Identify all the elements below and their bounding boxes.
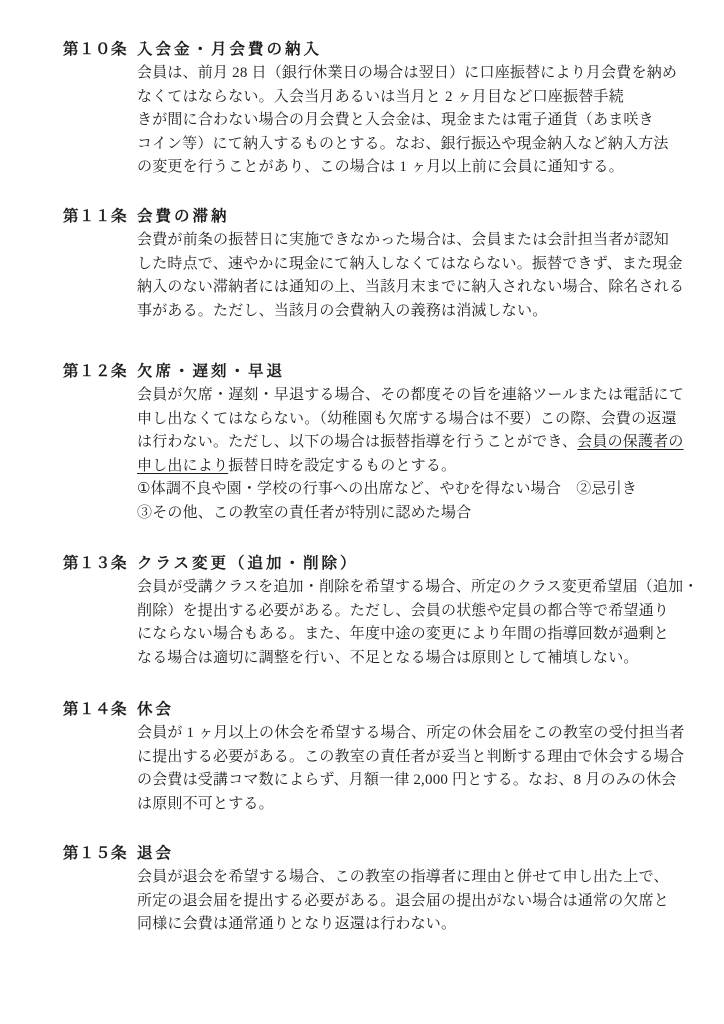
article-10: 第１０条 入会金・月会費の納入 会員は、前月 28 日（銀行休業日の場合は翌日）… bbox=[63, 38, 708, 180]
body-text: 会員が退会を希望する場合、この教室の指導者に理由と併せて申し出た上で、 所定の退… bbox=[137, 869, 669, 932]
article-number: 第１４条 bbox=[63, 698, 137, 722]
article-body: 会員は、前月 28 日（銀行休業日の場合は翌日）に口座振替により月会費を納め な… bbox=[137, 62, 702, 180]
article-title: 欠席・遅刻・早退 bbox=[137, 360, 285, 384]
article-13: 第１３条 クラス変更（追加・削除） 会員が受講クラスを追加・削除を希望する場合、… bbox=[63, 552, 708, 670]
article-number: 第１３条 bbox=[63, 552, 137, 576]
article-heading: 第１４条 休会 bbox=[63, 698, 708, 722]
article-title: 会費の滞納 bbox=[137, 205, 230, 229]
body-text: 会員が受講クラスを追加・削除を希望する場合、所定のクラス変更希望届（追加・ 削除… bbox=[137, 579, 699, 666]
article-body: 会員が 1 ヶ月以上の休会を希望する場合、所定の休会届をこの教室の受付担当者 に… bbox=[137, 722, 702, 816]
article-number: 第１２条 bbox=[63, 360, 137, 384]
article-heading: 第１３条 クラス変更（追加・削除） bbox=[63, 552, 708, 576]
article-body: 会員が受講クラスを追加・削除を希望する場合、所定のクラス変更希望届（追加・ 削除… bbox=[137, 576, 702, 670]
article-title: 休会 bbox=[137, 698, 174, 722]
article-heading: 第１５条 退会 bbox=[63, 842, 708, 866]
article-11: 第１１条 会費の滞納 会費が前条の振替日に実施できなかった場合は、会員または会計… bbox=[63, 205, 708, 323]
document-page: 第１０条 入会金・月会費の納入 会員は、前月 28 日（銀行休業日の場合は翌日）… bbox=[0, 0, 724, 1024]
article-body: 会員が退会を希望する場合、この教室の指導者に理由と併せて申し出た上で、 所定の退… bbox=[137, 866, 702, 937]
article-14: 第１４条 休会 会員が 1 ヶ月以上の休会を希望する場合、所定の休会届をこの教室… bbox=[63, 698, 708, 816]
article-number: 第１０条 bbox=[63, 38, 137, 62]
body-text: 会員が 1 ヶ月以上の休会を希望する場合、所定の休会届をこの教室の受付担当者 に… bbox=[137, 725, 685, 812]
article-body: 会費が前条の振替日に実施できなかった場合は、会員または会計担当者が認知 した時点… bbox=[137, 229, 702, 323]
article-15: 第１５条 退会 会員が退会を希望する場合、この教室の指導者に理由と併せて申し出た… bbox=[63, 842, 708, 937]
article-body: 会員が欠席・遅刻・早退する場合、その都度その旨を連絡ツールまたは電話にて 申し出… bbox=[137, 384, 702, 525]
article-heading: 第１０条 入会金・月会費の納入 bbox=[63, 38, 708, 62]
article-title: クラス変更（追加・削除） bbox=[137, 552, 359, 576]
body-text: 会費が前条の振替日に実施できなかった場合は、会員または会計担当者が認知 した時点… bbox=[137, 232, 684, 319]
article-number: 第１５条 bbox=[63, 842, 137, 866]
article-heading: 第１１条 会費の滞納 bbox=[63, 205, 708, 229]
article-title: 退会 bbox=[137, 842, 174, 866]
article-title: 入会金・月会費の納入 bbox=[137, 38, 322, 62]
article-12: 第１２条 欠席・遅刻・早退 会員が欠席・遅刻・早退する場合、その都度その旨を連絡… bbox=[63, 360, 708, 525]
body-text: 会員は、前月 28 日（銀行休業日の場合は翌日）に口座振替により月会費を納め な… bbox=[137, 65, 677, 175]
article-number: 第１１条 bbox=[63, 205, 137, 229]
article-heading: 第１２条 欠席・遅刻・早退 bbox=[63, 360, 708, 384]
